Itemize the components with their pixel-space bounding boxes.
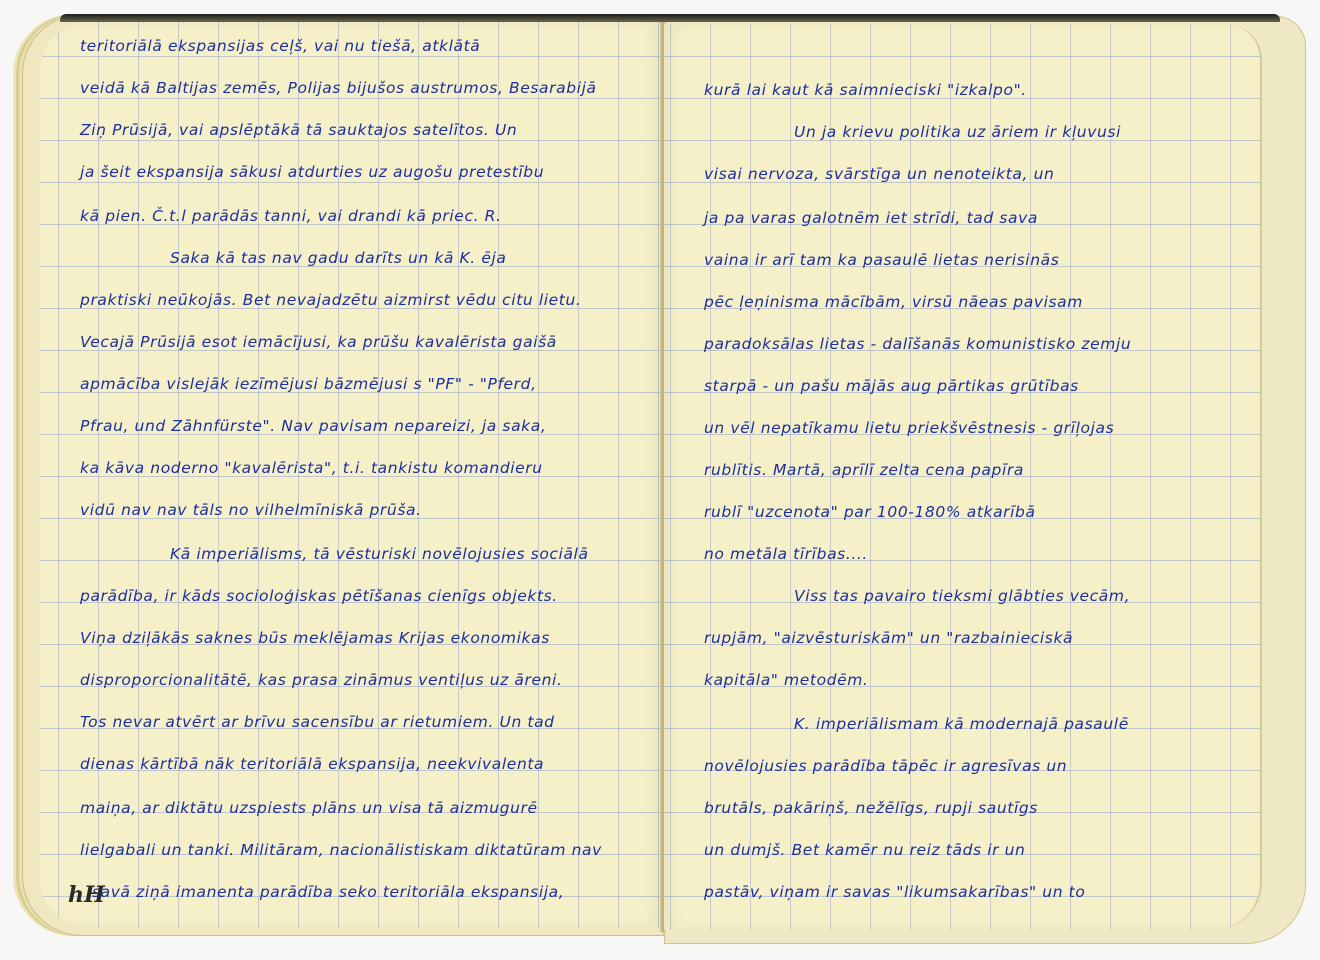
handwritten-line: kapitāla" metodēm. — [704, 670, 868, 690]
handwritten-line: savā ziņā imanenta parādība seko teritor… — [92, 882, 564, 902]
handwritten-line: starpā - un pašu mājās aug pārtikas grūt… — [704, 376, 1079, 396]
handwritten-line: paradoksālas lietas - dalīšanās komunist… — [704, 334, 1131, 354]
paragraph-start-line: Un ja krievu politika uz āriem ir kļuvus… — [704, 122, 1121, 142]
handwritten-line: praktiski neūkojās. Bet nevajadzētu aizm… — [80, 290, 581, 310]
handwritten-line: maiņa, ar diktātu uzspiests plāns un vis… — [80, 798, 538, 818]
paragraph-start-line: K. imperiālismam kā modernajā pasaulē — [704, 714, 1129, 734]
handwritten-line: ja šeit ekspansija sākusi atdurties uz a… — [80, 162, 544, 182]
handwritten-line: no metāla tīrības.... — [704, 544, 868, 564]
handwritten-line: Tos nevar atvērt ar brīvu sacensību ar r… — [80, 712, 555, 732]
paragraph-start-line: Viss tas pavairo tieksmi glābties vecām, — [704, 586, 1130, 606]
notebook-spread: teritoriālā ekspansijas ceļš, vai nu tie… — [0, 0, 1320, 960]
handwritten-line: vidū nav nav tāls no vilhelmīniskā prūša… — [80, 500, 422, 520]
handwritten-line: veidā kā Baltijas zemēs, Polijas bijušos… — [80, 78, 597, 98]
paragraph-start-line: Saka kā tas nav gadu darīts un kā K. ēja — [80, 248, 507, 268]
handwritten-line: lielgabali un tanki. Militāram, nacionāl… — [80, 840, 602, 860]
handwritten-line: kurā lai kaut kā saimnieciski "izkalpo". — [704, 80, 1027, 100]
right-page: kurā lai kaut kā saimnieciski "izkalpo".… — [664, 24, 1262, 930]
handwritten-line: vaina ir arī tam ka pasaulē lietas neris… — [704, 250, 1059, 270]
handwritten-line: Vecajā Prūsijā esot iemācījusi, ka prūšu… — [80, 332, 557, 352]
handwritten-line: un dumjš. Bet kamēr nu reiz tāds ir un — [704, 840, 1025, 860]
handwritten-line-with-strikethrough: visai nervoza, svārstīga un nenoteikta, … — [704, 164, 1054, 184]
handwritten-line: ja pa varas galotnēm iet strīdi, tad sav… — [704, 208, 1038, 228]
handwritten-line: pēc ļeņinisma mācībām, virsū nāeas pavis… — [704, 292, 1083, 312]
handwritten-line: parādība, ir kāds socioloģiskas pētīšana… — [80, 586, 558, 606]
handwritten-line: Ziņ Prūsijā, vai apslēptākā tā sauktajos… — [80, 120, 517, 140]
handwritten-line: Pfrau, und Zāhnfürste". Nav pavisam nepa… — [80, 416, 546, 436]
handwritten-line: rublītis. Martā, aprīlī zelta cena papīr… — [704, 460, 1024, 480]
handwritten-line: brutāls, pakāriņš, nežēlīgs, rupji sautī… — [704, 798, 1038, 818]
handwritten-line: novēlojusies parādība tāpēc ir agresīvas… — [704, 756, 1067, 776]
paragraph-start-line: Kā imperiālisms, tā vēsturiski novēlojus… — [80, 544, 589, 564]
handwritten-line: teritoriālā ekspansijas ceļš, vai nu tie… — [80, 36, 480, 56]
handwritten-line: rupjām, "aizvēsturiskām" un "razbainieci… — [704, 628, 1073, 648]
handwritten-line: rublī "uzcenota" par 100-180% atkarībā — [704, 502, 1036, 522]
handwritten-line: dienas kārtībā nāk teritoriālā ekspansij… — [80, 754, 544, 774]
left-page: teritoriālā ekspansijas ceļš, vai nu tie… — [40, 22, 662, 928]
handwritten-line: kā pien. Č.t.l parādās tanni, vai drandi… — [80, 206, 502, 226]
handwritten-line: Viņa dziļākās saknes būs meklējamas Krij… — [80, 628, 550, 648]
pencil-initials: hH — [68, 882, 105, 908]
handwritten-line-with-strikethrough: apmācība vislejāk iezīmējusi bāzmējusi s… — [80, 374, 537, 394]
handwritten-line: un vēl nepatīkamu lietu priekšvēstnesis … — [704, 418, 1114, 438]
handwritten-line: pastāv, viņam ir savas "likumsakarības" … — [704, 882, 1085, 902]
notebook-top-edge — [60, 14, 1280, 22]
handwritten-line: disproporcionalitātē, kas prasa zināmus … — [80, 670, 562, 690]
handwritten-line: ka kāva noderno "kavalērista", t.i. tank… — [80, 458, 543, 478]
